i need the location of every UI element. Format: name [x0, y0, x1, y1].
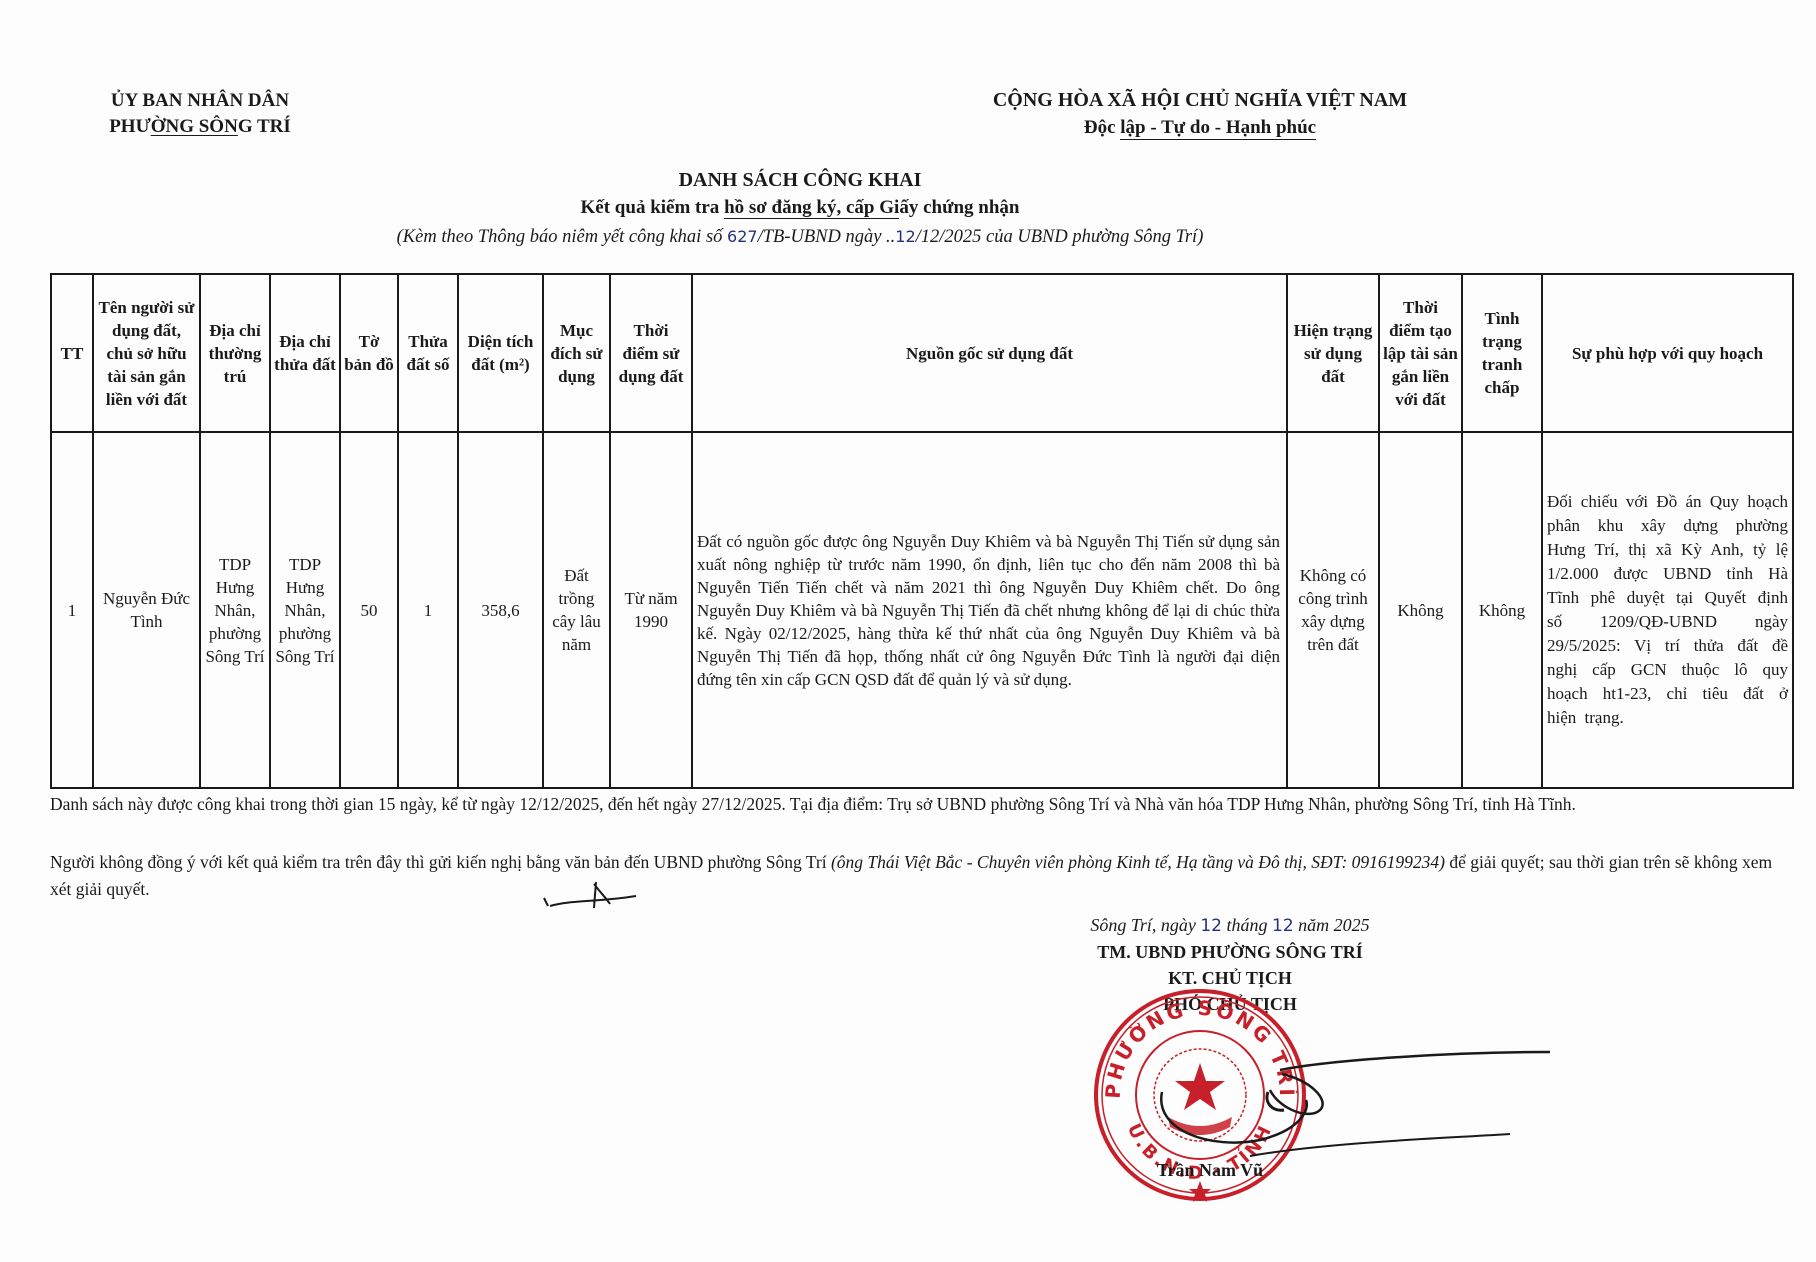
cell-dispute: Không — [1462, 432, 1542, 788]
col-header-owner-name: Tên người sử dụng đất, chủ sở hữu tài sả… — [93, 274, 200, 432]
cell-use-since: Từ năm 1990 — [610, 432, 692, 788]
cell-tt: 1 — [51, 432, 93, 788]
document-title: DANH SÁCH CÔNG KHAI — [300, 166, 1300, 194]
col-header-map-sheet: Tờ bản đồ — [340, 274, 398, 432]
col-header-parcel-no: Thửa đất số — [398, 274, 458, 432]
handwritten-day: 12 — [1200, 916, 1222, 936]
col-header-origin: Nguồn gốc sử dụng đất — [692, 274, 1287, 432]
handwritten-notice-number: 627 — [727, 227, 758, 246]
cell-purpose: Đất trồng cây lâu năm — [543, 432, 610, 788]
contact-person: (ông Thái Việt Bắc - Chuyên viên phòng K… — [831, 852, 1445, 872]
issuing-agency: ỦY BAN NHÂN DÂN PHƯỜNG SÔNG TRÍ — [60, 88, 340, 140]
cell-parcel-no: 1 — [398, 432, 458, 788]
col-header-residence: Địa chỉ thường trú — [200, 274, 270, 432]
handwritten-month: 12 — [1272, 916, 1294, 936]
cell-parcel-address: TDP Hưng Nhân, phường Sông Trí — [270, 432, 340, 788]
public-list-table: TT Tên người sử dụng đất, chủ sở hữu tài… — [50, 273, 1794, 789]
document-subtitle: Kết quả kiểm tra hồ sơ đăng ký, cấp Giấy… — [300, 194, 1300, 222]
signer-name: Trần Nam Vũ — [1130, 1160, 1290, 1181]
cell-asset-created: Không — [1379, 432, 1462, 788]
cell-map-sheet: 50 — [340, 432, 398, 788]
col-header-parcel-address: Địa chỉ thửa đất — [270, 274, 340, 432]
col-header-tt: TT — [51, 274, 93, 432]
cell-current-status: Không có công trình xây dựng trên đất — [1287, 432, 1379, 788]
national-motto: Độc lập - Tự do - Hạnh phúc — [940, 114, 1460, 142]
col-header-use-since: Thời điểm sử dụng đất — [610, 274, 692, 432]
cell-origin: Đất có nguồn gốc được ông Nguyễn Duy Khi… — [692, 432, 1287, 788]
document-reference: (Kèm theo Thông báo niêm yết công khai s… — [300, 222, 1300, 252]
agency-line-2: PHƯỜNG SÔNG TRÍ — [60, 114, 340, 140]
sign-date: Sông Trí, ngày 12 tháng 12 năm 2025 — [1040, 912, 1420, 939]
cell-planning: Đối chiếu với Đồ án Quy hoạch phân khu x… — [1542, 432, 1793, 788]
col-header-area: Diện tích đất (m²) — [458, 274, 543, 432]
col-header-asset-created: Thời điểm tạo lập tài sản gắn liền với đ… — [1379, 274, 1462, 432]
public-period-note: Danh sách này được công khai trong thời … — [50, 791, 1792, 818]
agency-line-1: ỦY BAN NHÂN DÂN — [60, 88, 340, 114]
table-row: 1 Nguyễn Đức Tình TDP Hưng Nhân, phường … — [51, 432, 1793, 788]
col-header-current-status: Hiện trạng sử dụng đất — [1287, 274, 1379, 432]
cell-residence: TDP Hưng Nhân, phường Sông Trí — [200, 432, 270, 788]
initials-mark — [540, 878, 650, 914]
col-header-purpose: Mục đích sử dụng — [543, 274, 610, 432]
complaint-instructions: Người không đồng ý với kết quả kiểm tra … — [50, 849, 1792, 903]
col-header-planning: Sự phù hợp với quy hoạch — [1542, 274, 1793, 432]
national-heading: CỘNG HÒA XÃ HỘI CHỦ NGHĨA VIỆT NAM Độc l… — [940, 86, 1460, 142]
handwritten-notice-day: 12 — [895, 227, 915, 246]
document-title-block: DANH SÁCH CÔNG KHAI Kết quả kiểm tra hồ … — [300, 166, 1300, 252]
signature-icon — [1150, 1030, 1550, 1170]
table-header-row: TT Tên người sử dụng đất, chủ sở hữu tài… — [51, 274, 1793, 432]
cell-owner-name: Nguyễn Đức Tình — [93, 432, 200, 788]
signing-org: TM. UBND PHƯỜNG SÔNG TRÍ — [1040, 939, 1420, 965]
cell-area: 358,6 — [458, 432, 543, 788]
nation-name: CỘNG HÒA XÃ HỘI CHỦ NGHĨA VIỆT NAM — [940, 86, 1460, 114]
col-header-dispute: Tình trạng tranh chấp — [1462, 274, 1542, 432]
